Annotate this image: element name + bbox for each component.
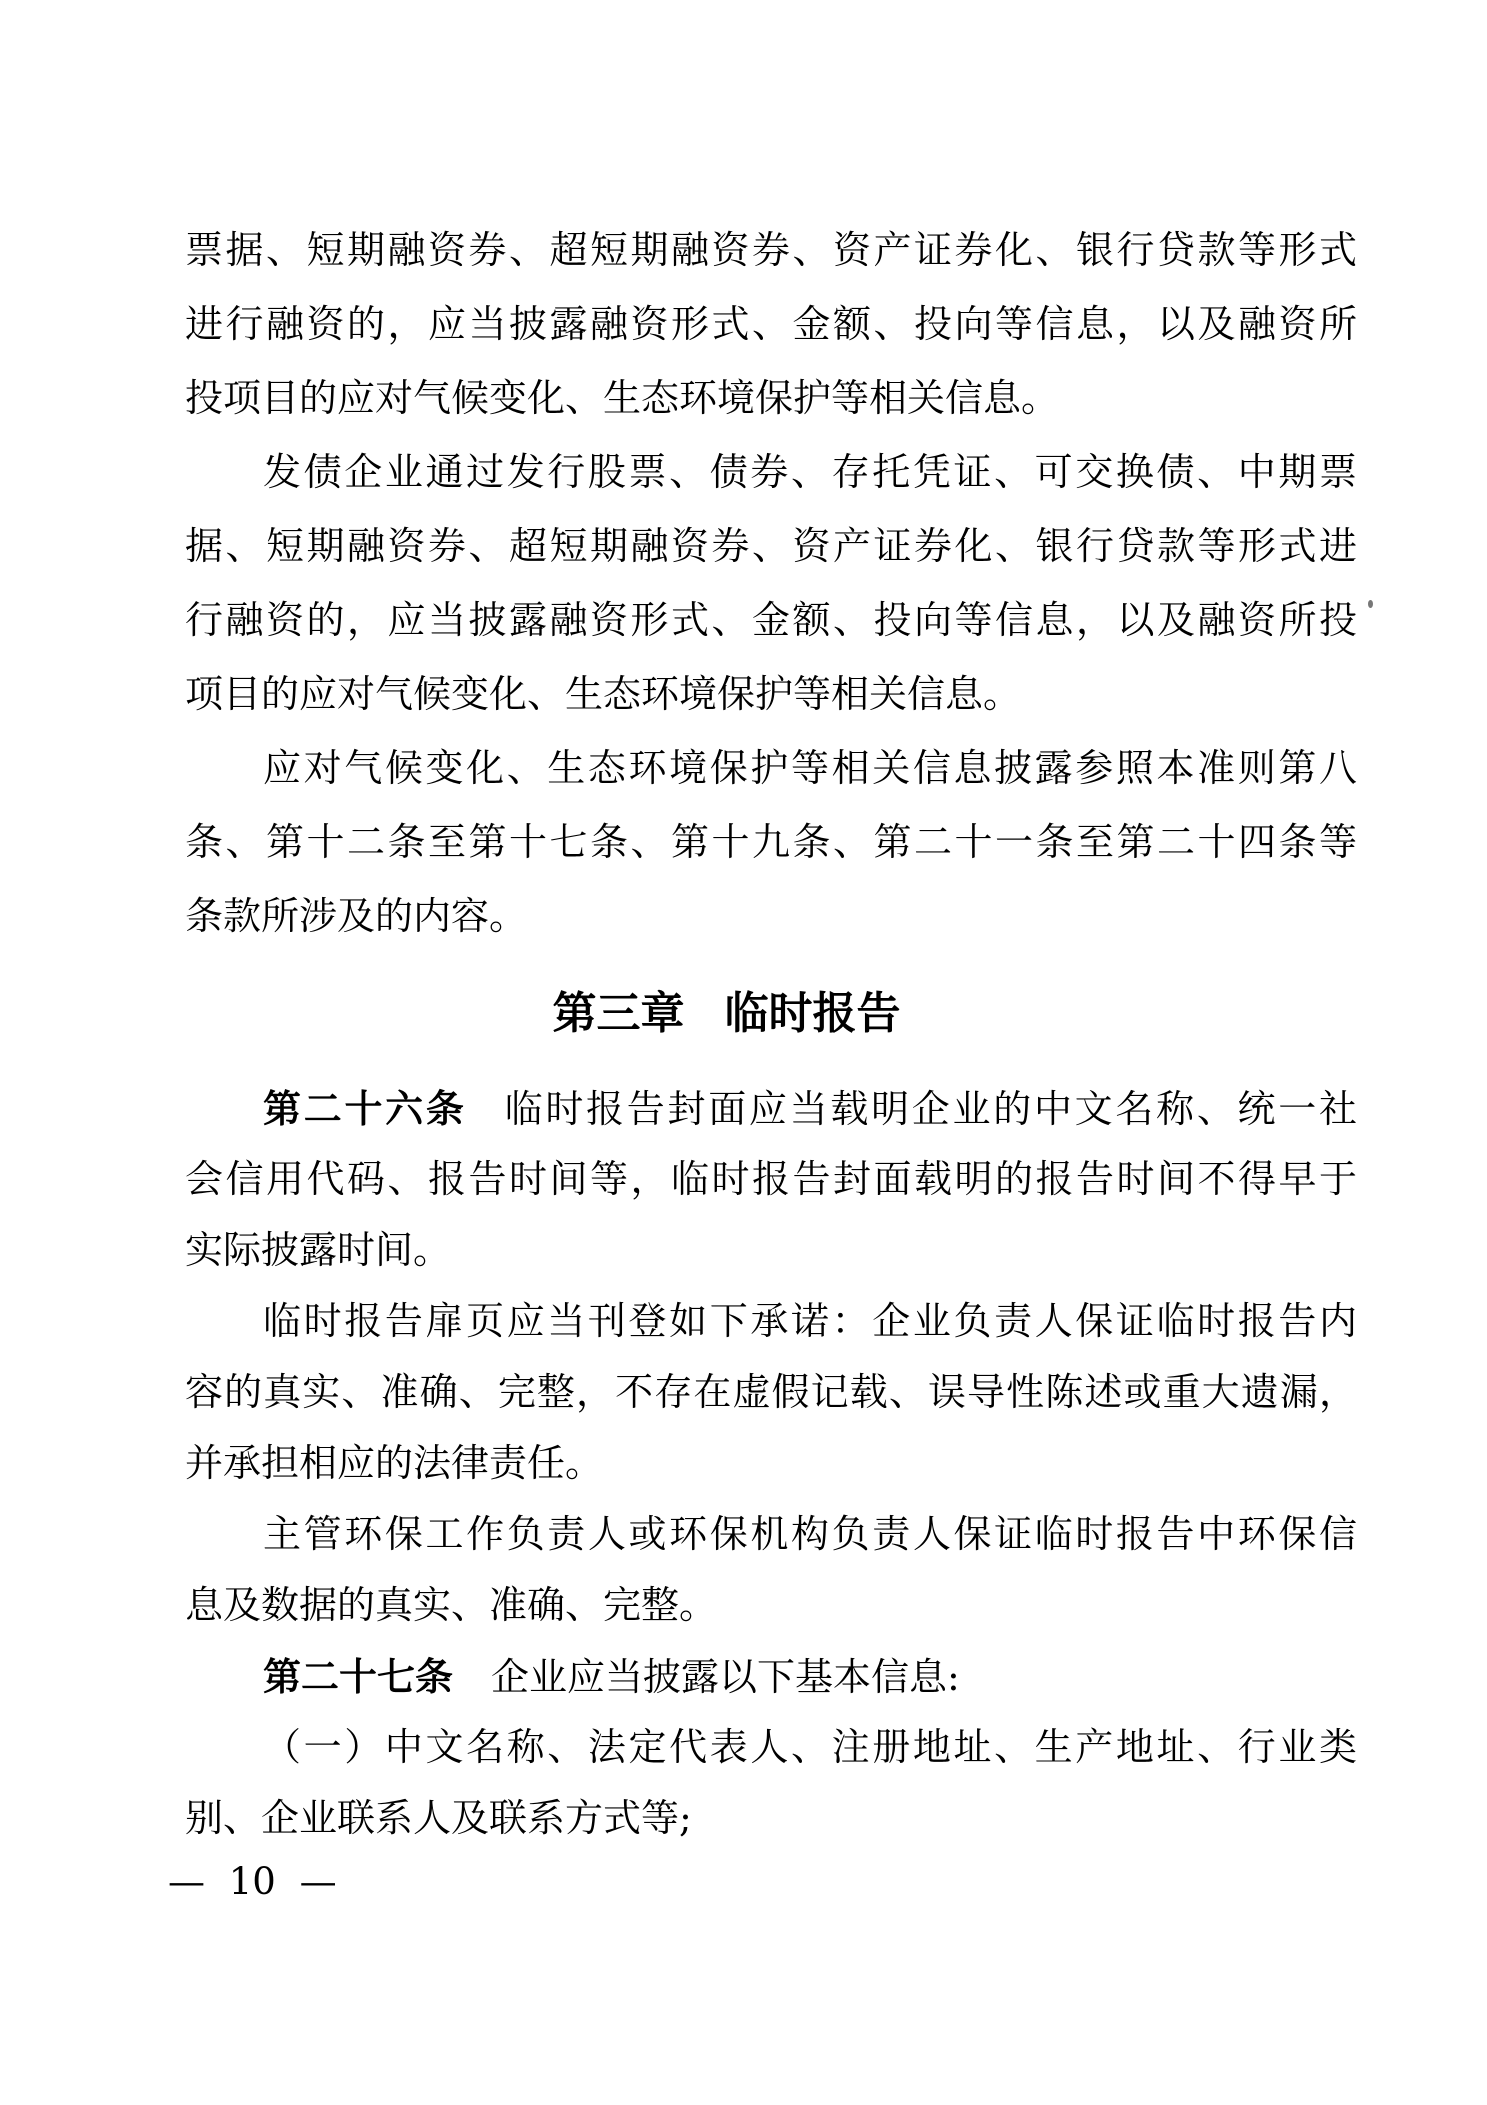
article-text: 临时报告封面应当载明企业的中文名称、统一社 <box>505 1087 1357 1131</box>
paragraph-line: 应对气候变化、生态环境保护等相关信息披露参照本准则第八 <box>185 731 1357 805</box>
paragraph-line: 发债企业通过发行股票、债券、存托凭证、可交换债、中期票 <box>185 435 1357 509</box>
paragraph-line: 票据、短期融资券、超短期融资券、资产证券化、银行贷款等形式 <box>185 213 1357 287</box>
paragraph-line: 条、第十二条至第十七条、第十九条、第二十一条至第二十四条等 <box>185 805 1357 879</box>
page-number-footer: — 10 — <box>168 1862 337 1902</box>
article-number: 第二十六条 <box>263 1086 467 1131</box>
paragraph-line: 第二十六条临时报告封面应当载明企业的中文名称、统一社 <box>185 1073 1357 1144</box>
paragraph-line: 临时报告扉页应当刊登如下承诺：企业负责人保证临时报告内 <box>185 1286 1357 1357</box>
paragraph-line: 据、短期融资券、超短期融资券、资产证券化、银行贷款等形式进 <box>185 509 1357 583</box>
chapter-number: 第三章 <box>553 988 685 1039</box>
scan-speck <box>1368 600 1373 608</box>
paragraph-line: 息及数据的真实、准确、完整。 <box>185 1570 1357 1641</box>
paragraph-line: 实际披露时间。 <box>185 1215 1357 1286</box>
paragraph-line: 第二十七条企业应当披露以下基本信息: <box>185 1641 1357 1712</box>
article-number: 第二十七条 <box>263 1654 453 1699</box>
paragraph-line: 主管环保工作负责人或环保机构负责人保证临时报告中环保信 <box>185 1499 1357 1570</box>
paragraph-line: 进行融资的，应当披露融资形式、金额、投向等信息，以及融资所 <box>185 287 1357 361</box>
paragraph-line: 容的真实、准确、完整，不存在虚假记载、误导性陈述或重大遗漏， <box>185 1357 1357 1428</box>
paragraph-line: 行融资的，应当披露融资形式、金额、投向等信息，以及融资所投 <box>185 583 1357 657</box>
chapter-title: 临时报告 <box>725 988 901 1039</box>
article-text: 企业应当披露以下基本信息: <box>491 1655 960 1699</box>
paragraph-line: 项目的应对气候变化、生态环境保护等相关信息。 <box>185 657 1357 731</box>
paragraph-line: 别、企业联系人及联系方式等; <box>185 1783 1357 1854</box>
paragraph-line: 投项目的应对气候变化、生态环境保护等相关信息。 <box>185 361 1357 435</box>
body-text-lower: 第二十六条临时报告封面应当载明企业的中文名称、统一社 会信用代码、报告时间等，临… <box>185 1073 1357 1854</box>
body-text-upper: 票据、短期融资券、超短期融资券、资产证券化、银行贷款等形式 进行融资的，应当披露… <box>185 213 1357 953</box>
chapter-heading: 第三章临时报告 <box>0 979 1487 1049</box>
paragraph-line: （一）中文名称、法定代表人、注册地址、生产地址、行业类 <box>185 1712 1357 1783</box>
paragraph-line: 条款所涉及的内容。 <box>185 879 1357 953</box>
paragraph-line: 会信用代码、报告时间等，临时报告封面载明的报告时间不得早于 <box>185 1144 1357 1215</box>
paragraph-line: 并承担相应的法律责任。 <box>185 1428 1357 1499</box>
document-page: 票据、短期融资券、超短期融资券、资产证券化、银行贷款等形式 进行融资的，应当披露… <box>0 0 1487 2105</box>
